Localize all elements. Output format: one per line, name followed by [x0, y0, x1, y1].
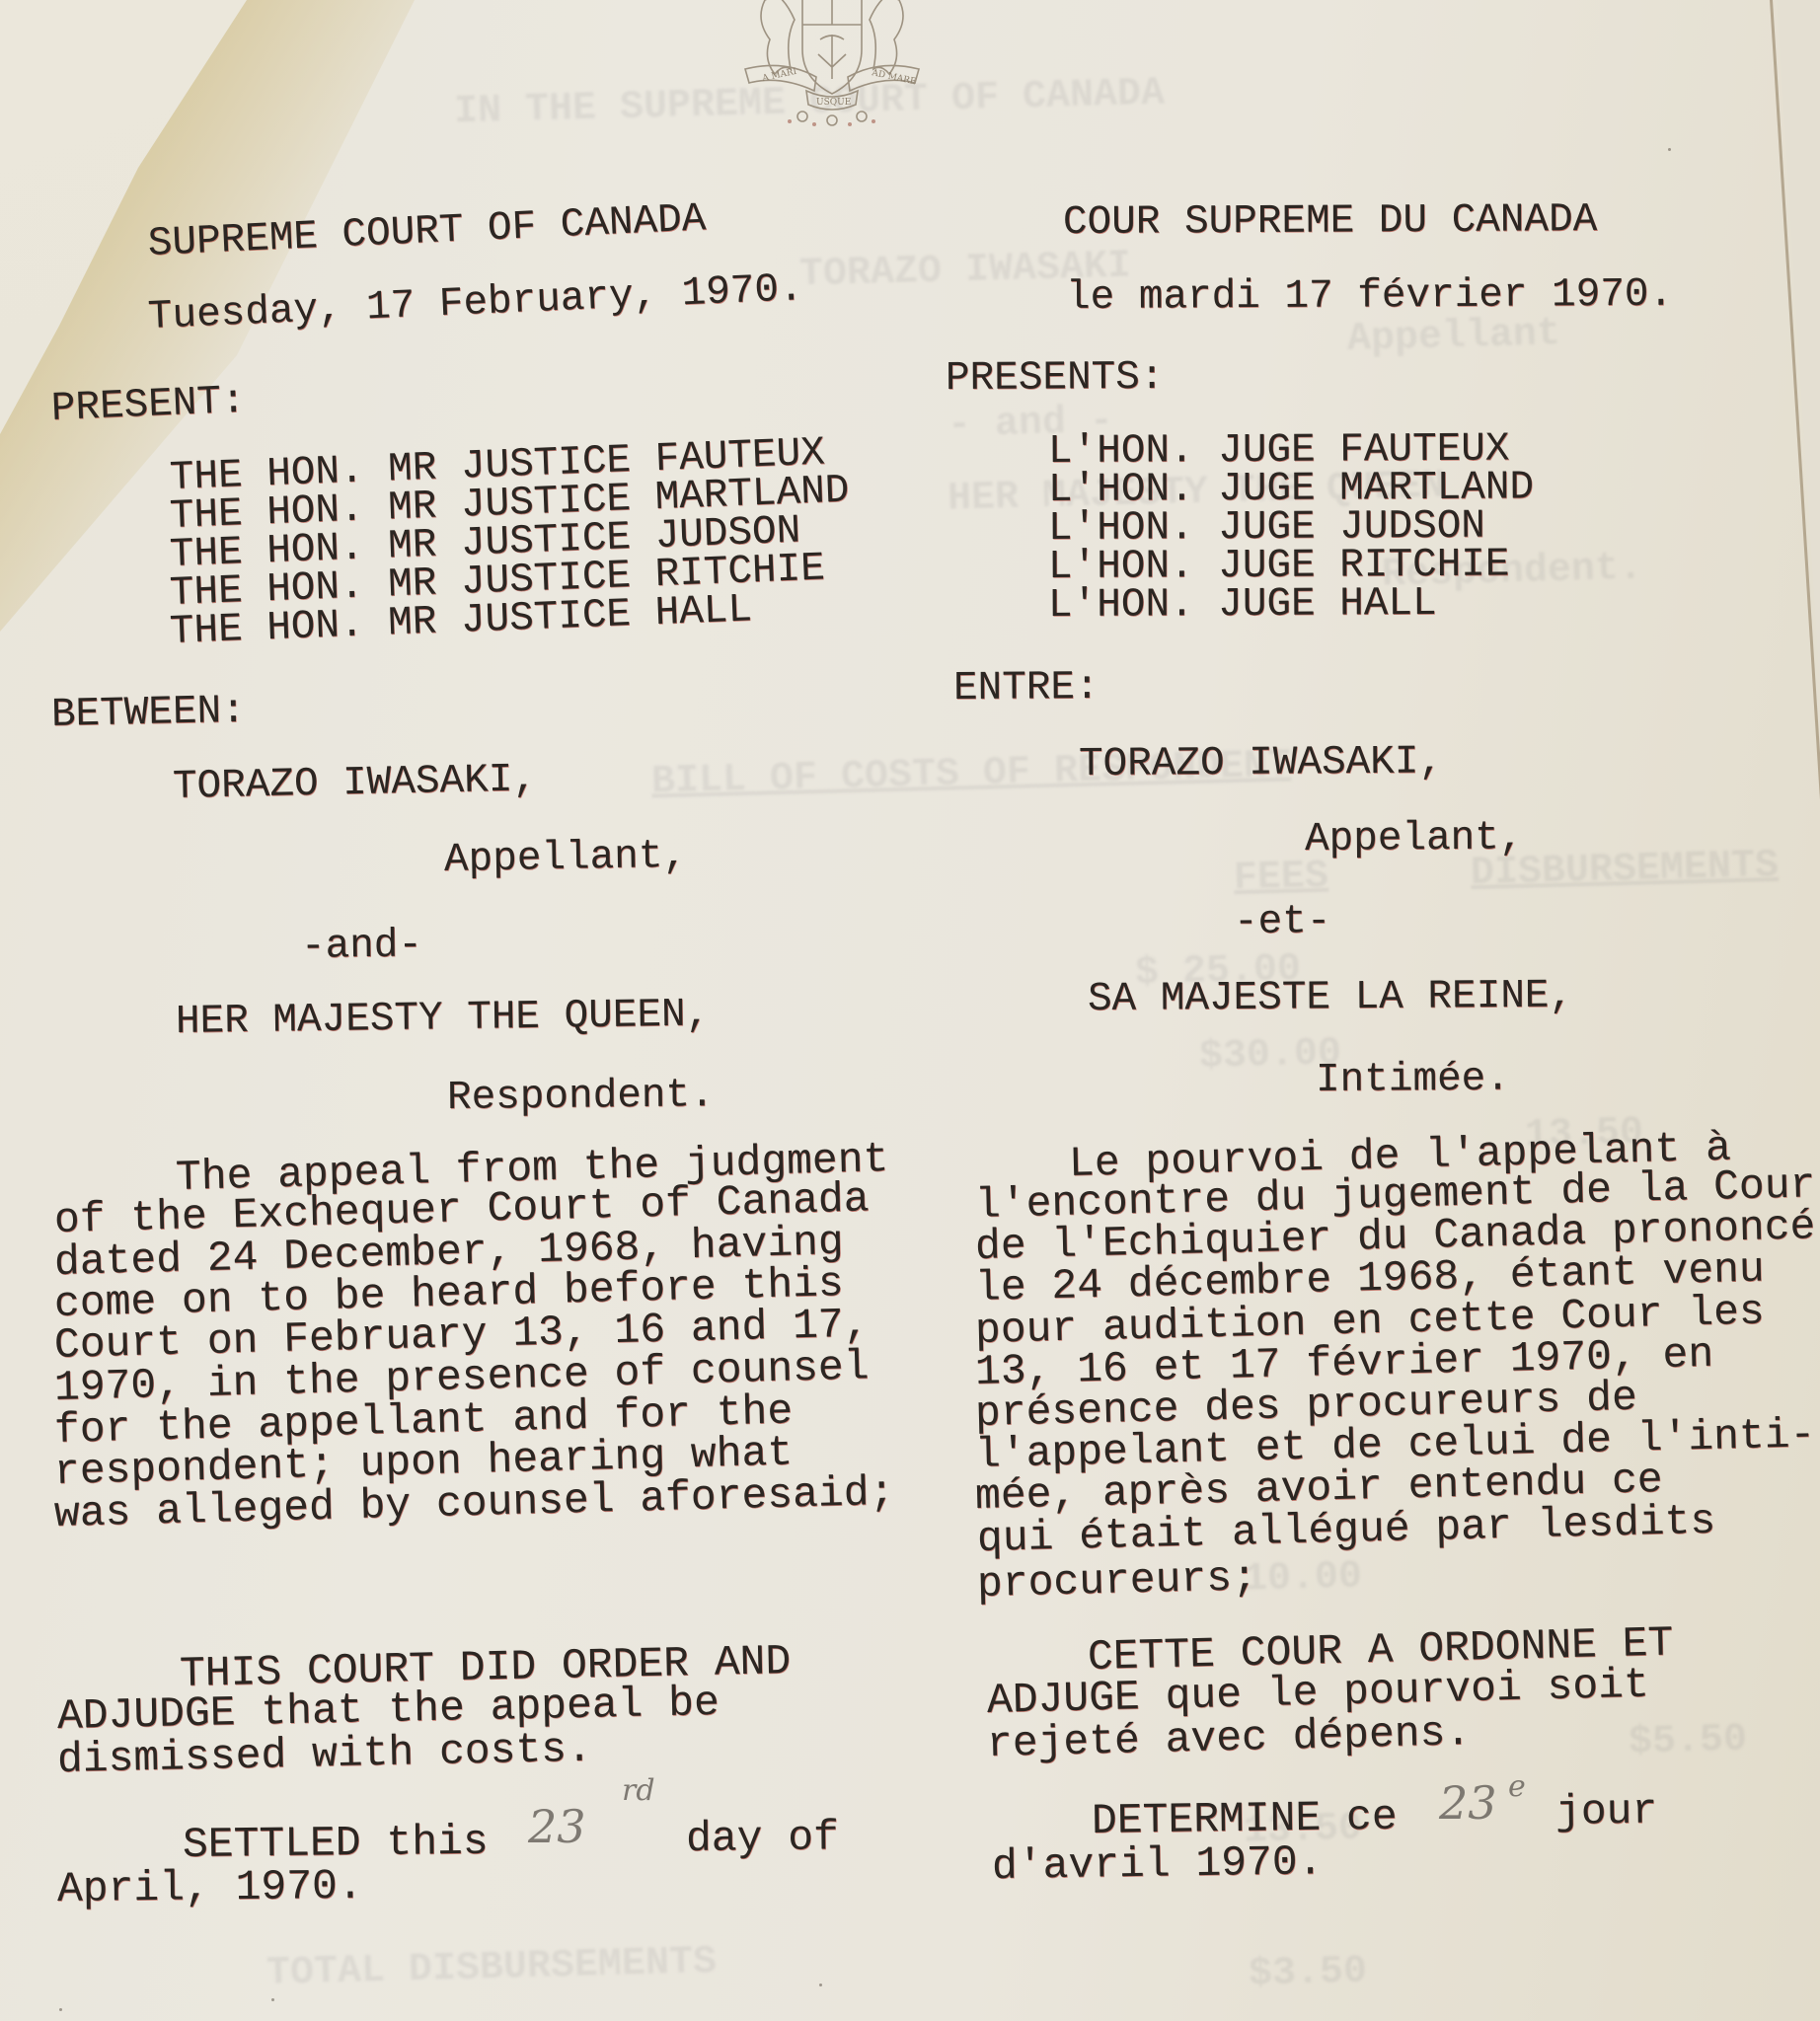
settled-prefix-fr: DETERMINE ce — [1092, 1796, 1398, 1842]
appellant-name-en: TORAZO IWASAKI, — [173, 760, 538, 808]
paper-speck — [1668, 148, 1671, 151]
handwritten-day-en: 23 — [528, 1804, 586, 1849]
hearing-date-fr: le mardi 17 février 1970. — [1066, 275, 1673, 319]
justice-line: L'HON. JUGE HALL — [1048, 584, 1437, 627]
between-label-en: BETWEEN: — [51, 692, 247, 736]
handwritten-day-suffix-en: rd — [622, 1776, 655, 1806]
handwritten-day-suffix-fr: e — [1508, 1772, 1526, 1802]
recital-line: procureurs; — [976, 1556, 1257, 1606]
ghost-line: $5.50 — [1628, 1720, 1747, 1762]
respondent-role-fr: Intimée. — [1316, 1060, 1510, 1101]
court-name-fr: COUR SUPREME DU CANADA — [1063, 200, 1598, 244]
paper-speck — [819, 1984, 822, 1986]
ghost-line: Appellant — [1347, 315, 1561, 360]
motto-center: USQUE — [816, 98, 851, 108]
paper-speck — [271, 1998, 274, 2001]
ghost-line: FEES — [1233, 858, 1328, 899]
settled-month-year-en: April, 1970. — [57, 1865, 363, 1910]
between-label-fr: ENTRE: — [953, 668, 1100, 710]
order-line: dismissed with costs. — [57, 1728, 593, 1781]
conjunction-en: -and- — [301, 926, 423, 968]
coat-of-arms-of-canada-icon: A MARI USQUE AD MARE — [725, 0, 938, 133]
respondent-name-fr: SA MAJESTE LA REINE, — [1088, 977, 1573, 1020]
settled-month-year-fr: d'avril 1970. — [992, 1840, 1324, 1888]
settled-suffix-fr: jour — [1555, 1790, 1658, 1834]
appellant-role-en: Appellant, — [444, 837, 688, 881]
ghost-line: 10.00 — [1243, 1557, 1362, 1600]
settled-suffix-en: day of — [686, 1816, 839, 1860]
respondent-role-en: Respondent. — [447, 1076, 715, 1119]
handwritten-day-fr: 23 — [1439, 1780, 1497, 1826]
paper-speck — [59, 2008, 62, 2011]
order-line: rejeté avec dépens. — [986, 1711, 1471, 1765]
ghost-line: $3.50 — [1248, 1952, 1367, 1994]
motto-right: AD MARE — [870, 68, 917, 87]
respondent-name-en: HER MAJESTY THE QUEEN, — [176, 995, 711, 1043]
appellant-name-fr: TORAZO IWASAKI, — [1079, 742, 1443, 786]
settled-prefix-en: SETTLED this — [183, 1821, 489, 1866]
appellant-role-fr: Appelant, — [1305, 818, 1524, 861]
present-label-en: PRESENT: — [50, 382, 246, 430]
photographed-document: IN THE SUPREME COURT OF CANADA TORAZO IW… — [0, 0, 1820, 2021]
conjunction-fr: -et- — [1234, 902, 1331, 943]
present-label-fr: PRESENTS: — [946, 358, 1165, 400]
